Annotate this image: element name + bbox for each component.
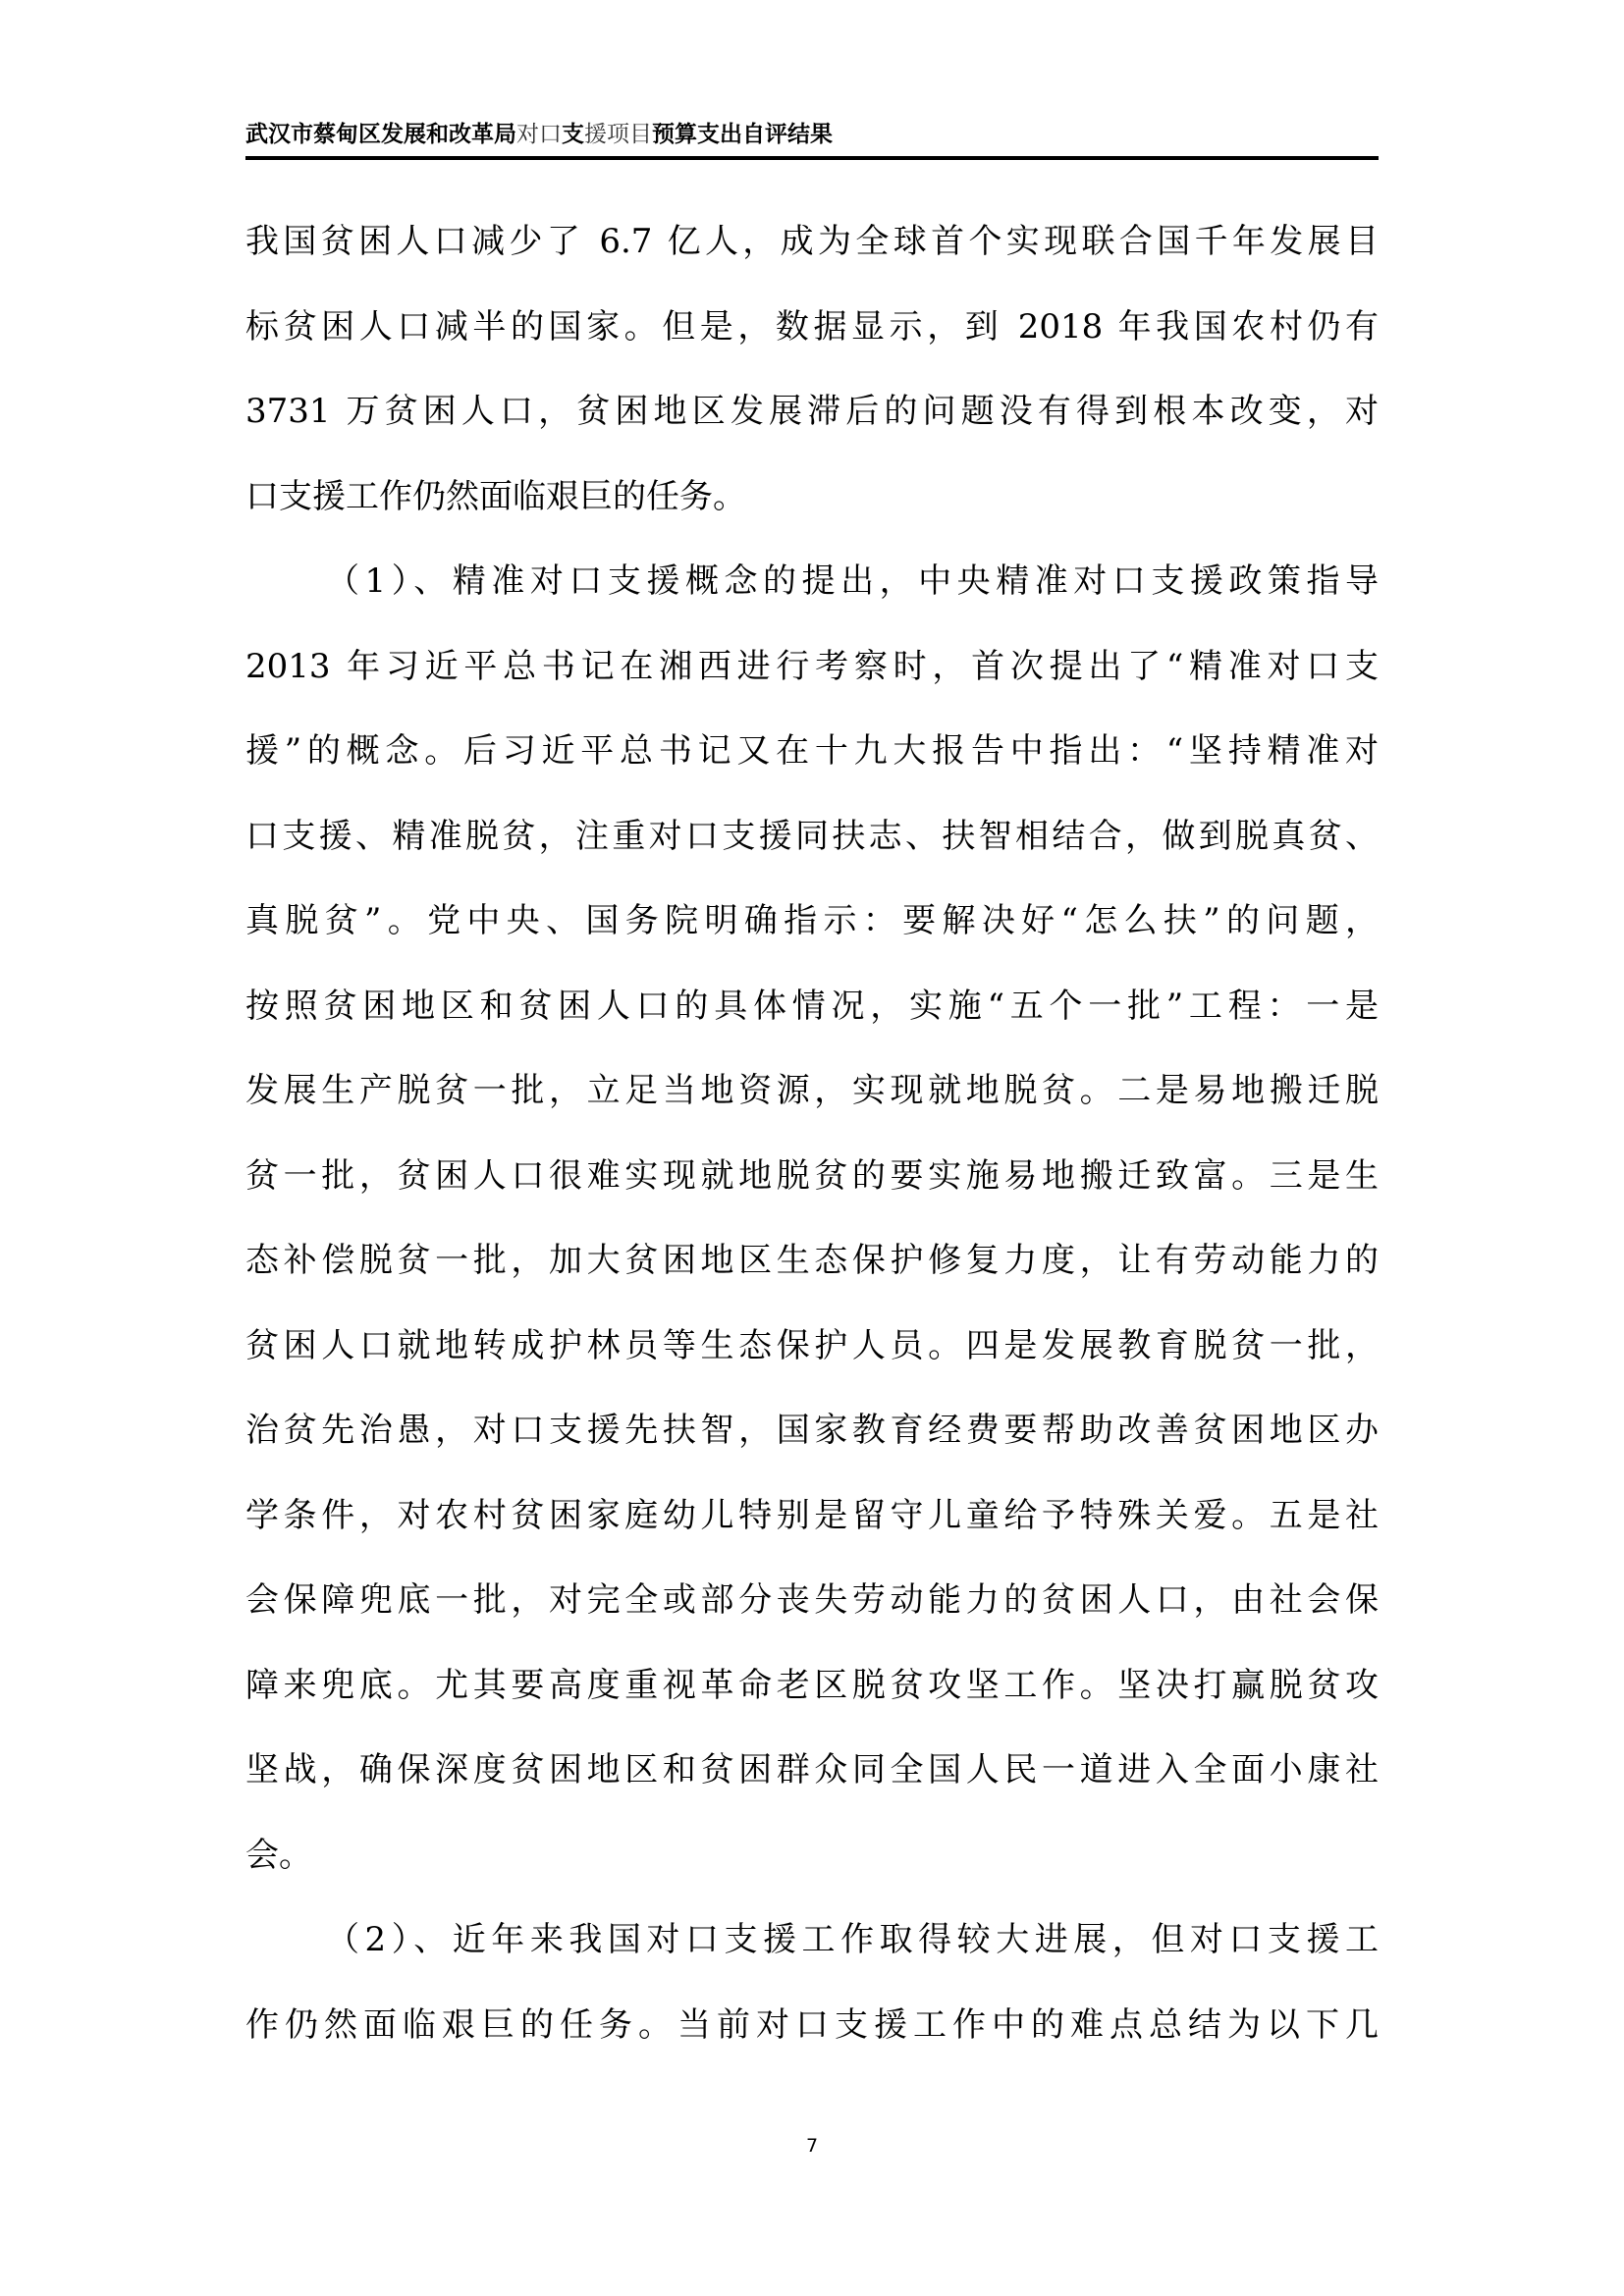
body-text: 我国贫困人口减少了 6.7 亿人，成为全球首个实现联合国千年发展目 标贫困人口减…	[245, 216, 1379, 2084]
page-number: 7	[0, 2132, 1624, 2160]
text-line: 发展生产脱贫一批，立足当地资源，实现就地脱贫。二是易地搬迁脱	[245, 1065, 1379, 1150]
text-line: 贫一批，贫困人口很难实现就地脱贫的要实施易地搬迁致富。三是生	[245, 1150, 1379, 1236]
text-line: （2）、近年来我国对口支援工作取得较大进展，但对口支援工	[245, 1914, 1379, 2000]
text-line: 标贫困人口减半的国家。但是，数据显示，到 2018 年我国农村仍有	[245, 301, 1379, 387]
header-segment: 援项目	[584, 122, 652, 147]
text-line: 学条件，对农村贫困家庭幼儿特别是留守儿童给予特殊关爱。五是社	[245, 1490, 1379, 1575]
text-line: 口支援、精准脱贫，注重对口支援同扶志、扶智相结合，做到脱真贫、	[245, 811, 1379, 896]
text-line: （1）、精准对口支援概念的提出，中央精准对口支援政策指导	[245, 556, 1379, 641]
text-line: 作仍然面临艰巨的任务。当前对口支援工作中的难点总结为以下几	[245, 2000, 1379, 2085]
text-line: 治贫先治愚，对口支援先扶智，国家教育经费要帮助改善贫困地区办	[245, 1405, 1379, 1490]
text-line: 真脱贫”。党中央、国务院明确指示：要解决好“怎么扶”的问题，	[245, 895, 1379, 981]
text-line: 障来兜底。尤其要高度重视革命老区脱贫攻坚工作。坚决打赢脱贫攻	[245, 1660, 1379, 1745]
header-segment: 预算支出自评结果	[652, 122, 833, 147]
text-line: 我国贫困人口减少了 6.7 亿人，成为全球首个实现联合国千年发展目	[245, 216, 1379, 301]
text-line: 坚战，确保深度贫困地区和贫困群众同全国人民一道进入全面小康社	[245, 1744, 1379, 1830]
text-line: 口支援工作仍然面临艰巨的任务。	[245, 471, 1379, 557]
header-rule	[245, 156, 1379, 160]
text-line: 援”的概念。后习近平总书记又在十九大报告中指出：“坚持精准对	[245, 725, 1379, 811]
text-line: 态补偿脱贫一批，加大贫困地区生态保护修复力度，让有劳动能力的	[245, 1235, 1379, 1320]
text-line: 按照贫困地区和贫困人口的具体情况，实施“五个一批”工程：一是	[245, 981, 1379, 1066]
header-segment: 武汉市蔡甸区发展和改革局	[245, 122, 516, 147]
header-segment: 对口	[516, 122, 562, 147]
page-header: 武汉市蔡甸区发展和改革局对口支援项目预算支出自评结果	[245, 120, 1379, 149]
text-line: 3731 万贫困人口，贫困地区发展滞后的问题没有得到根本改变，对	[245, 386, 1379, 471]
text-line: 会。	[245, 1830, 1379, 1915]
text-line: 会保障兜底一批，对完全或部分丧失劳动能力的贫困人口，由社会保	[245, 1575, 1379, 1660]
text-line: 贫困人口就地转成护林员等生态保护人员。四是发展教育脱贫一批，	[245, 1320, 1379, 1406]
text-line: 2013 年习近平总书记在湘西进行考察时，首次提出了“精准对口支	[245, 641, 1379, 726]
header-segment: 支	[562, 122, 584, 147]
